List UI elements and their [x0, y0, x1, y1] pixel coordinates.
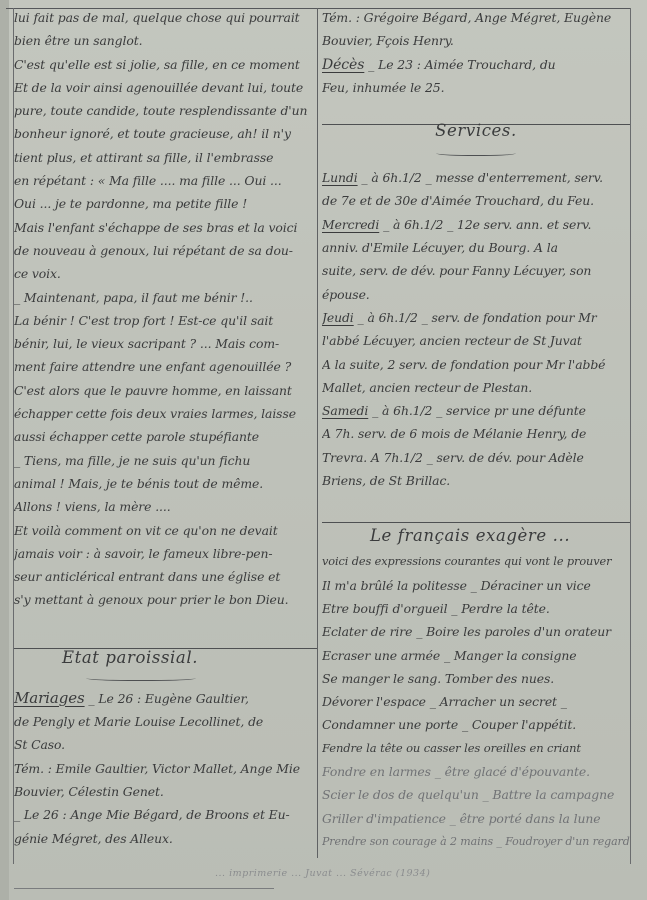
entry-text: _ à 6h.1/2 _ messe d'enterrement, serv.: [358, 170, 603, 185]
day-label: Lundi: [322, 170, 358, 185]
story-line: Et voilà comment on vit ce qu'on ne deva…: [14, 519, 314, 542]
story-line: C'est alors que le pauvre homme, en lais…: [14, 379, 314, 402]
day-label: Mercredi: [322, 217, 379, 232]
expression-line: Dévorer l'espace _ Arracher un secret _: [322, 690, 630, 713]
service-entry-lundi: Lundi _ à 6h.1/2 _ messe d'enterrement, …: [322, 166, 630, 213]
entry-line: Bouvier, Célestin Genet.: [14, 780, 314, 803]
francais-exagere-title: Le français exagère ...: [322, 522, 630, 550]
story-line: de nouveau à genoux, lui répétant de sa …: [14, 239, 314, 262]
service-line: Trevra. A 7h.1/2 _ serv. de dév. pour Ad…: [322, 446, 630, 469]
intro-line: voici des expressions courantes qui vont…: [322, 550, 630, 573]
expression-line: Fondre en larmes _ être glacé d'épouvant…: [322, 760, 630, 783]
entry-text: _ à 6h.1/2 _ serv. de fondation pour Mr: [354, 310, 597, 325]
story-line: Et de la voir ainsi agenouillée devant l…: [14, 76, 314, 99]
entry-text: _ à 6h.1/2 _ service pr une défunte: [368, 403, 586, 418]
story-line: échapper cette fois deux vraies larmes, …: [14, 402, 314, 425]
story-line: Mais l'enfant s'échappe de ses bras et l…: [14, 216, 314, 239]
service-entry-mercredi: Mercredi _ à 6h.1/2 _ 12e serv. ann. et …: [322, 213, 630, 306]
temoins-continued: Tém. : Grégoire Bégard, Ange Mégret, Eug…: [322, 6, 630, 53]
service-line: suite, serv. de dév. pour Fanny Lécuyer,…: [322, 259, 630, 282]
story-line: bien être un sanglot.: [14, 29, 314, 52]
manuscript-page: lui fait pas de mal, quelque chose qui p…: [0, 0, 647, 900]
service-line: Mercredi _ à 6h.1/2 _ 12e serv. ann. et …: [322, 213, 630, 236]
day-label: Jeudi: [322, 310, 354, 325]
service-entry-jeudi: Jeudi _ à 6h.1/2 _ serv. de fondation po…: [322, 306, 630, 399]
story-line: _ Tiens, ma fille, je ne suis qu'un fich…: [14, 449, 314, 472]
story-line: Allons ! viens, la mère ....: [14, 495, 314, 518]
entry-text: _ Le 23 : Aimée Trouchard, du: [364, 57, 555, 72]
story-line: seur anticlérical entrant dans une églis…: [14, 565, 314, 588]
deces-label: Décès: [322, 57, 364, 73]
etat-paroissial-title: Etat paroissial.: [14, 644, 314, 672]
story-line: aussi échapper cette parole stupéfiante: [14, 425, 314, 448]
deces-line: Décès _ Le 23 : Aimée Trouchard, du: [322, 53, 630, 76]
rule-bottom-left: [14, 888, 274, 889]
entry-text: _ Le 26 : Eugène Gaultier,: [85, 691, 249, 706]
expression-line: Etre bouffi d'orgueil _ Perdre la tête.: [322, 597, 630, 620]
right-column: Tém. : Grégoire Bégard, Ange Mégret, Eug…: [322, 6, 630, 853]
entry-line: St Caso.: [14, 733, 314, 756]
service-line: Jeudi _ à 6h.1/2 _ serv. de fondation po…: [322, 306, 630, 329]
expression-line: Condamner une porte _ Couper l'appétit.: [322, 713, 630, 736]
service-line: de 7e et de 30e d'Aimée Trouchard, du Fe…: [322, 189, 630, 212]
story-line: bénir, lui, le vieux sacripant ? ... Mai…: [14, 332, 314, 355]
story-line: jamais voir : à savoir, le fameux libre-…: [14, 542, 314, 565]
story-line: en répétant : « Ma fille .... ma fille .…: [14, 169, 314, 192]
service-line: anniv. d'Emile Lécuyer, du Bourg. A la: [322, 236, 630, 259]
story-line: tient plus, et attirant sa fille, il l'e…: [14, 146, 314, 169]
service-line: Mallet, ancien recteur de Plestan.: [322, 376, 630, 399]
etat-paroissial-section: Etat paroissial. Mariages _ Le 26 : Eugè…: [14, 644, 314, 850]
entry-line: Feu, inhumée le 25.: [322, 76, 630, 99]
story-line: pure, toute candide, toute resplendissan…: [14, 99, 314, 122]
mariages-line: Mariages _ Le 26 : Eugène Gaultier,: [14, 687, 314, 710]
title-flourish: [86, 674, 196, 681]
expression-line: Fendre la tête ou casser les oreilles en…: [322, 737, 630, 760]
expression-line: Il m'a brûlé la politesse _ Déraciner un…: [322, 574, 630, 597]
service-line: Briens, de St Brillac.: [322, 469, 630, 492]
service-line: A la suite, 2 serv. de fondation pour Mr…: [322, 353, 630, 376]
expression-line: Scier le dos de quelqu'un _ Battre la ca…: [322, 783, 630, 806]
expression-line: Ecraser une armée _ Manger la consigne: [322, 644, 630, 667]
expression-line: Prendre son courage à 2 mains _ Foudroye…: [322, 830, 630, 853]
services-title: Services.: [322, 117, 630, 145]
story-text: lui fait pas de mal, quelque chose qui p…: [14, 6, 314, 612]
story-line: Oui ... je te pardonne, ma petite fille …: [14, 192, 314, 215]
story-line: lui fait pas de mal, quelque chose qui p…: [14, 6, 314, 29]
entry-line: _ Le 26 : Ange Mie Bégard, de Broons et …: [14, 803, 314, 826]
story-line: s'y mettant à genoux pour prier le bon D…: [14, 588, 314, 611]
entry-text: _ à 6h.1/2 _ 12e serv. ann. et serv.: [379, 217, 591, 232]
service-line: l'abbé Lécuyer, ancien recteur de St Juv…: [322, 329, 630, 352]
story-line: La bénir ! C'est trop fort ! Est-ce qu'i…: [14, 309, 314, 332]
entry-line: Bouvier, Fçois Henry.: [322, 29, 630, 52]
entry-line: Tém. : Emile Gaultier, Victor Mallet, An…: [14, 757, 314, 780]
footer-note: ... imprimerie ... Juvat ... Sévérac (19…: [215, 868, 430, 879]
entry-line: de Pengly et Marie Louise Lecollinet, de: [14, 710, 314, 733]
frame-right-rule: [630, 8, 631, 864]
francais-exagere-section: Le français exagère ... voici des expres…: [322, 522, 630, 853]
expression-line: Griller d'impatience _ être porté dans l…: [322, 807, 630, 830]
title-flourish: [436, 149, 516, 156]
expression-line: Eclater de rire _ Boire les paroles d'un…: [322, 620, 630, 643]
deces-section: Décès _ Le 23 : Aimée Trouchard, du Feu,…: [322, 53, 630, 100]
story-line: ce voix.: [14, 262, 314, 285]
service-line: Lundi _ à 6h.1/2 _ messe d'enterrement, …: [322, 166, 630, 189]
story-line: _ Maintenant, papa, il faut me bénir !..: [14, 286, 314, 309]
expression-line: Se manger le sang. Tomber des nues.: [322, 667, 630, 690]
service-line: Samedi _ à 6h.1/2 _ service pr une défun…: [322, 399, 630, 422]
entry-line: Tém. : Grégoire Bégard, Ange Mégret, Eug…: [322, 6, 630, 29]
mariages-label: Mariages: [14, 689, 85, 707]
story-line: ment faire attendre une enfant agenouill…: [14, 355, 314, 378]
entry-line: génie Mégret, des Alleux.: [14, 827, 314, 850]
services-section: Services. Lundi _ à 6h.1/2 _ messe d'ent…: [322, 117, 630, 492]
story-line: bonheur ignoré, et toute gracieuse, ah! …: [14, 122, 314, 145]
column-divider: [317, 8, 318, 858]
story-line: C'est qu'elle est si jolie, sa fille, en…: [14, 53, 314, 76]
story-line: animal ! Mais, je te bénis tout de même.: [14, 472, 314, 495]
service-entry-samedi: Samedi _ à 6h.1/2 _ service pr une défun…: [322, 399, 630, 492]
service-line: épouse.: [322, 283, 630, 306]
day-label: Samedi: [322, 403, 368, 418]
left-column: lui fait pas de mal, quelque chose qui p…: [14, 6, 314, 850]
service-line: A 7h. serv. de 6 mois de Mélanie Henry, …: [322, 422, 630, 445]
